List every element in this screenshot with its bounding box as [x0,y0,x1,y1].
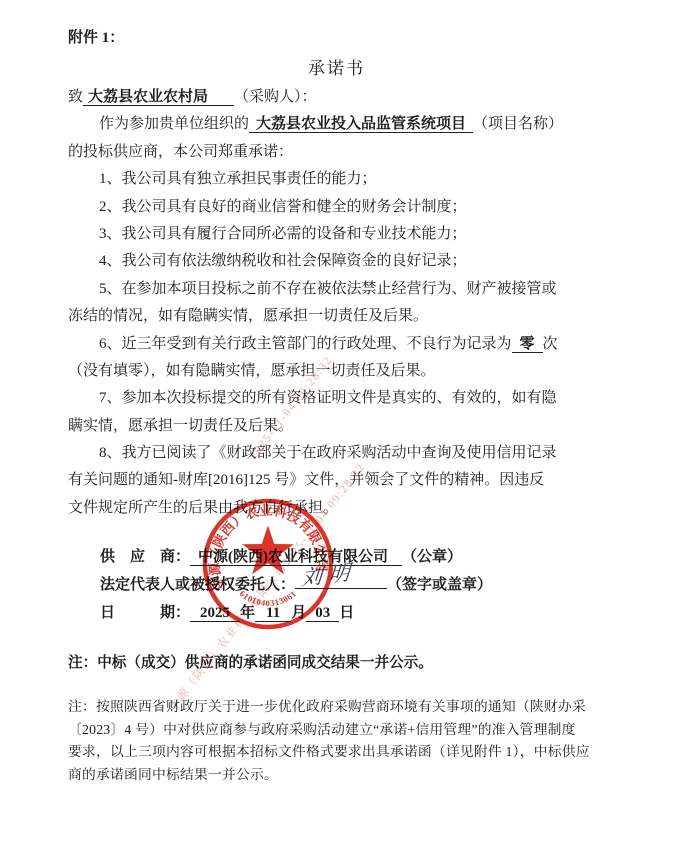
company-seal-stamp: 中源（陕西）农业科技有限公司 6101040313061 [199,495,337,633]
supplier-seal-note: （公章） [402,549,462,565]
commitment-item-7-line-1: 7、参加本次投标提交的所有资格证明文件是真实的、有效的，如有隐 [68,385,613,412]
item6-prefix: 6、近三年受到有关行政主管部门的行政处理、不良行为记录为 [99,336,512,352]
commitment-item-7-line-2: 瞒实情，愿承担一切责任及后果。 [68,413,613,440]
recipient-prefix: 致 [68,89,83,105]
note-policy: 注：按照陕西省财政厅关于进一步优化政府采购营商环境有关事项的通知（陕财办采 〔2… [68,696,590,787]
note-policy-line-3: 要求，以上三项内容可根据本招标文件格式要求出具承诺函（详见附件 1），中标供应 [68,741,590,764]
commitment-item-1: 1、我公司具有独立承担民事责任的能力； [68,166,613,193]
bad-record-times: 零 [512,336,543,353]
note-policy-line-2: 〔2023〕4 号）中对供应商参与政府采购活动建立“承诺+信用管理”的准入管理制… [68,719,590,742]
commitment-item-3: 3、我公司具有履行合同所必需的设备和专业技术能力； [68,221,613,248]
buyer-name: 大荔县农业农村局 [83,89,234,106]
date-label: 日 期： [100,605,190,621]
seal-star-icon [242,526,293,575]
item6-suffix: 次 [543,336,558,352]
commitment-item-5-line-1: 5、在参加本项目投标之前不存在被依法禁止经营行为、财产被接管或 [68,276,613,303]
commitment-item-4: 4、我公司有依法缴纳税收和社会保障资金的良好记录； [68,248,613,275]
intro-line-1: 作为参加贵单位组织的大荔县农业投入品监管系统项目（项目名称） [68,111,613,138]
supplier-label: 供 应 商： [100,549,190,565]
seal-serial-number: 6101040313061 [238,588,299,608]
seal-ring [205,501,331,627]
intro-line-2: 的投标供应商，本公司郑重承诺： [68,139,613,166]
note-policy-line-4: 商的承诺函同中标结果一并公示。 [68,764,590,787]
note-policy-line-1: 注：按照陕西省财政厅关于进一步优化政府采购营商环境有关事项的通知（陕财办采 [68,696,590,719]
recipient-suffix: （采购人）： [234,89,317,105]
attachment-label: 附件 1： [68,26,124,47]
commitment-item-6-line-2: （没有填零），如有隐瞒实情，愿承担一切责任及后果。 [68,358,613,385]
intro-prefix: 作为参加贵单位组织的 [99,116,249,132]
document-page: 附件 1： 承诺书 致大荔县农业农村局（采购人）： 作为参加贵单位组织的大荔县农… [0,0,673,842]
commitment-item-5-line-2: 冻结的情况，如有隐瞒实情，愿承担一切责任及后果。 [68,303,613,330]
commitment-item-6-line-1: 6、近三年受到有关行政主管部门的行政处理、不良行为记录为零次 [68,331,613,358]
note-publicity: 注：中标（成交）供应商的承诺函同成交结果一并公示。 [68,651,433,672]
date-day-unit: 日 [339,605,354,621]
svg-text:6101040313061: 6101040313061 [238,588,299,608]
legal-sign-note: （签字或盖章） [387,577,492,593]
document-body: 致大荔县农业农村局（采购人）： 作为参加贵单位组织的大荔县农业投入品监管系统项目… [68,84,613,522]
document-title: 承诺书 [0,54,673,79]
intro-suffix: （项目名称） [473,116,563,132]
recipient-line: 致大荔县农业农村局（采购人）： [68,84,613,111]
commitment-item-2: 2、我公司具有良好的商业信誉和健全的财务会计制度； [68,194,613,221]
project-name: 大荔县农业投入品监管系统项目 [249,116,473,133]
commitment-item-8-line-1: 8、我方已阅读了《财政部关于在政府采购活动中查询及使用信用记录 [68,440,613,467]
